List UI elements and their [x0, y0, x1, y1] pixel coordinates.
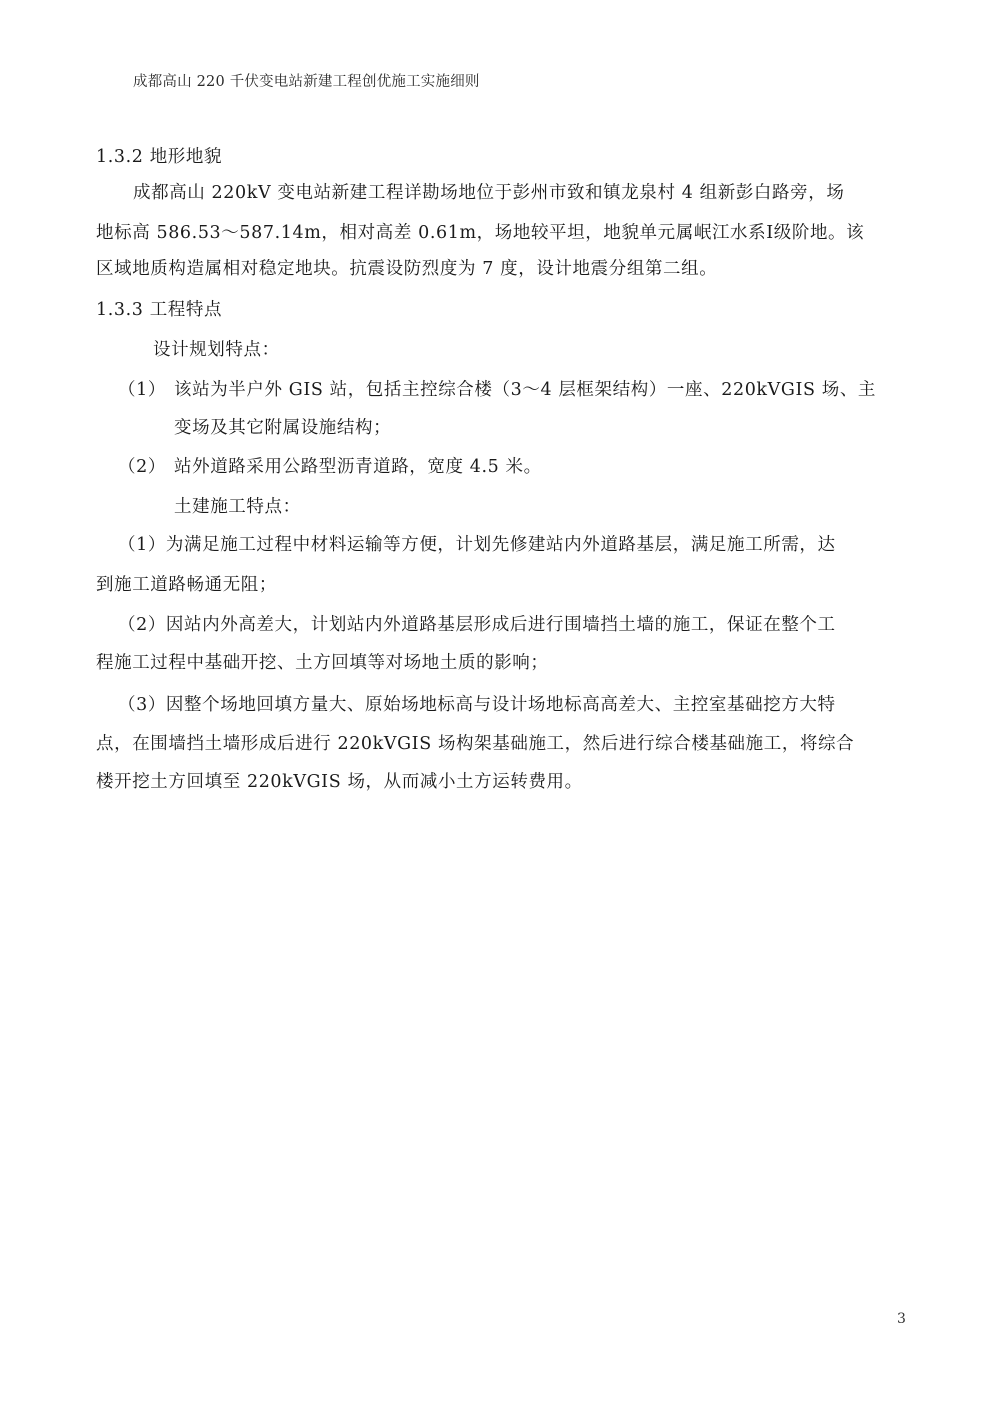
paragraph-line: 到施工道路畅通无阻； — [96, 573, 277, 597]
paragraph-line: 区域地质构造属相对稳定地块。抗震设防烈度为 7 度，设计地震分组第二组。 — [96, 257, 717, 281]
list-item-line: 变场及其它附属设施结构； — [174, 416, 391, 440]
subsection-title: 土建施工特点： — [174, 495, 301, 519]
section-heading: 1.3.2 地形地貌 — [96, 145, 222, 169]
paragraph-line: （3）因整个场地回填方量大、原始场地标高与设计场地标高高差大、主控室基础挖方大特 — [118, 693, 836, 717]
paragraph-line: （1）为满足施工过程中材料运输等方便，计划先修建站内外道路基层，满足施工所需，达 — [118, 533, 836, 557]
page-number: 3 — [897, 1311, 906, 1327]
list-item-line: 站外道路采用公路型沥青道路，宽度 4.5 米。 — [174, 455, 542, 479]
page-header: 成都高山 220 千伏变电站新建工程创优施工实施细则 — [133, 70, 480, 91]
list-item-number: （1） — [118, 378, 166, 402]
section-heading: 1.3.3 工程特点 — [96, 298, 222, 322]
paragraph-line: 成都高山 220kV 变电站新建工程详勘场地位于彭州市致和镇龙泉村 4 组新彭白… — [133, 181, 844, 205]
paragraph-line: 程施工过程中基础开挖、土方回填等对场地土质的影响； — [96, 651, 549, 675]
list-item-line: 该站为半户外 GIS 站，包括主控综合楼（3～4 层框架结构）一座、220kVG… — [174, 378, 876, 402]
list-item-number: （2） — [118, 455, 166, 479]
paragraph-line: 地标高 586.53～587.14m，相对高差 0.61m，场地较平坦，地貌单元… — [96, 221, 864, 245]
paragraph-line: （2）因站内外高差大，计划站内外道路基层形成后进行围墙挡土墙的施工，保证在整个工 — [118, 613, 836, 637]
paragraph-line: 点，在围墙挡土墙形成后进行 220kVGIS 场构架基础施工，然后进行综合楼基础… — [96, 732, 854, 756]
paragraph-line: 楼开挖土方回填至 220kVGIS 场，从而减小土方运转费用。 — [96, 770, 583, 794]
subsection-title: 设计规划特点： — [153, 338, 280, 362]
